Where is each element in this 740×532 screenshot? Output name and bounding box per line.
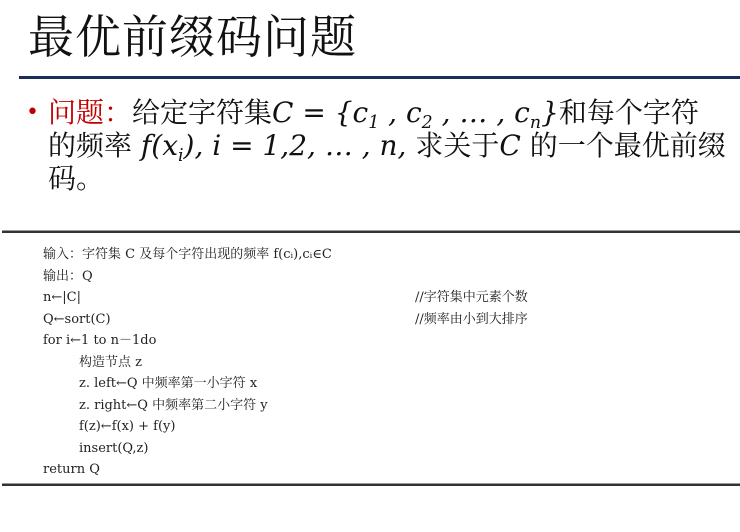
algo-line-return: return Q — [43, 459, 723, 481]
algo-line-insert: insert(Q,z) — [43, 438, 723, 460]
algorithm-bottom-rule — [2, 483, 740, 486]
algo-line-left: z. left←Q 中频率第一小字符 x — [43, 373, 723, 395]
algo-line-input: 输入：字符集 C 及每个字符出现的频率 f(cᵢ),cᵢ∈C — [43, 244, 723, 266]
algo-line-n: n←|C|//字符集中元素个数 — [43, 287, 723, 309]
algo-line-sort: Q←sort(C)//频率由小到大排序 — [43, 309, 723, 331]
algorithm-block: 输入：字符集 C 及每个字符出现的频率 f(cᵢ),cᵢ∈C 输出：Q n←|C… — [43, 244, 723, 481]
problem-bullet: • 问题：给定字符集C = {c1 , c2 , … , cn}和每个字符的频率… — [26, 96, 726, 195]
algo-line-sum: f(z)←f(x) + f(y) — [43, 416, 723, 438]
slide-title: 最优前缀码问题 — [28, 6, 357, 68]
bullet-keyword: 问题 — [48, 96, 104, 129]
algo-comment: //字符集中元素个数 — [415, 287, 528, 309]
algo-line-make-node: 构造节点 z — [43, 352, 723, 374]
title-divider — [19, 76, 740, 79]
math-set: C = {c1 , c2 , … , cn} — [272, 96, 559, 129]
algo-comment: //频率由小到大排序 — [415, 309, 528, 331]
math-frequency: f(xi), i = 1,2, … , n, — [141, 129, 407, 162]
bullet-text: 问题：给定字符集C = {c1 , c2 , … , cn}和每个字符的频率 f… — [48, 96, 726, 195]
algo-line-right: z. right←Q 中频率第二小字符 y — [43, 395, 723, 417]
algorithm-top-rule — [2, 230, 740, 233]
algo-line-output: 输出：Q — [43, 266, 723, 288]
algo-line-for: for i←1 to n－1do — [43, 330, 723, 352]
bullet-dot-icon: • — [26, 96, 39, 129]
